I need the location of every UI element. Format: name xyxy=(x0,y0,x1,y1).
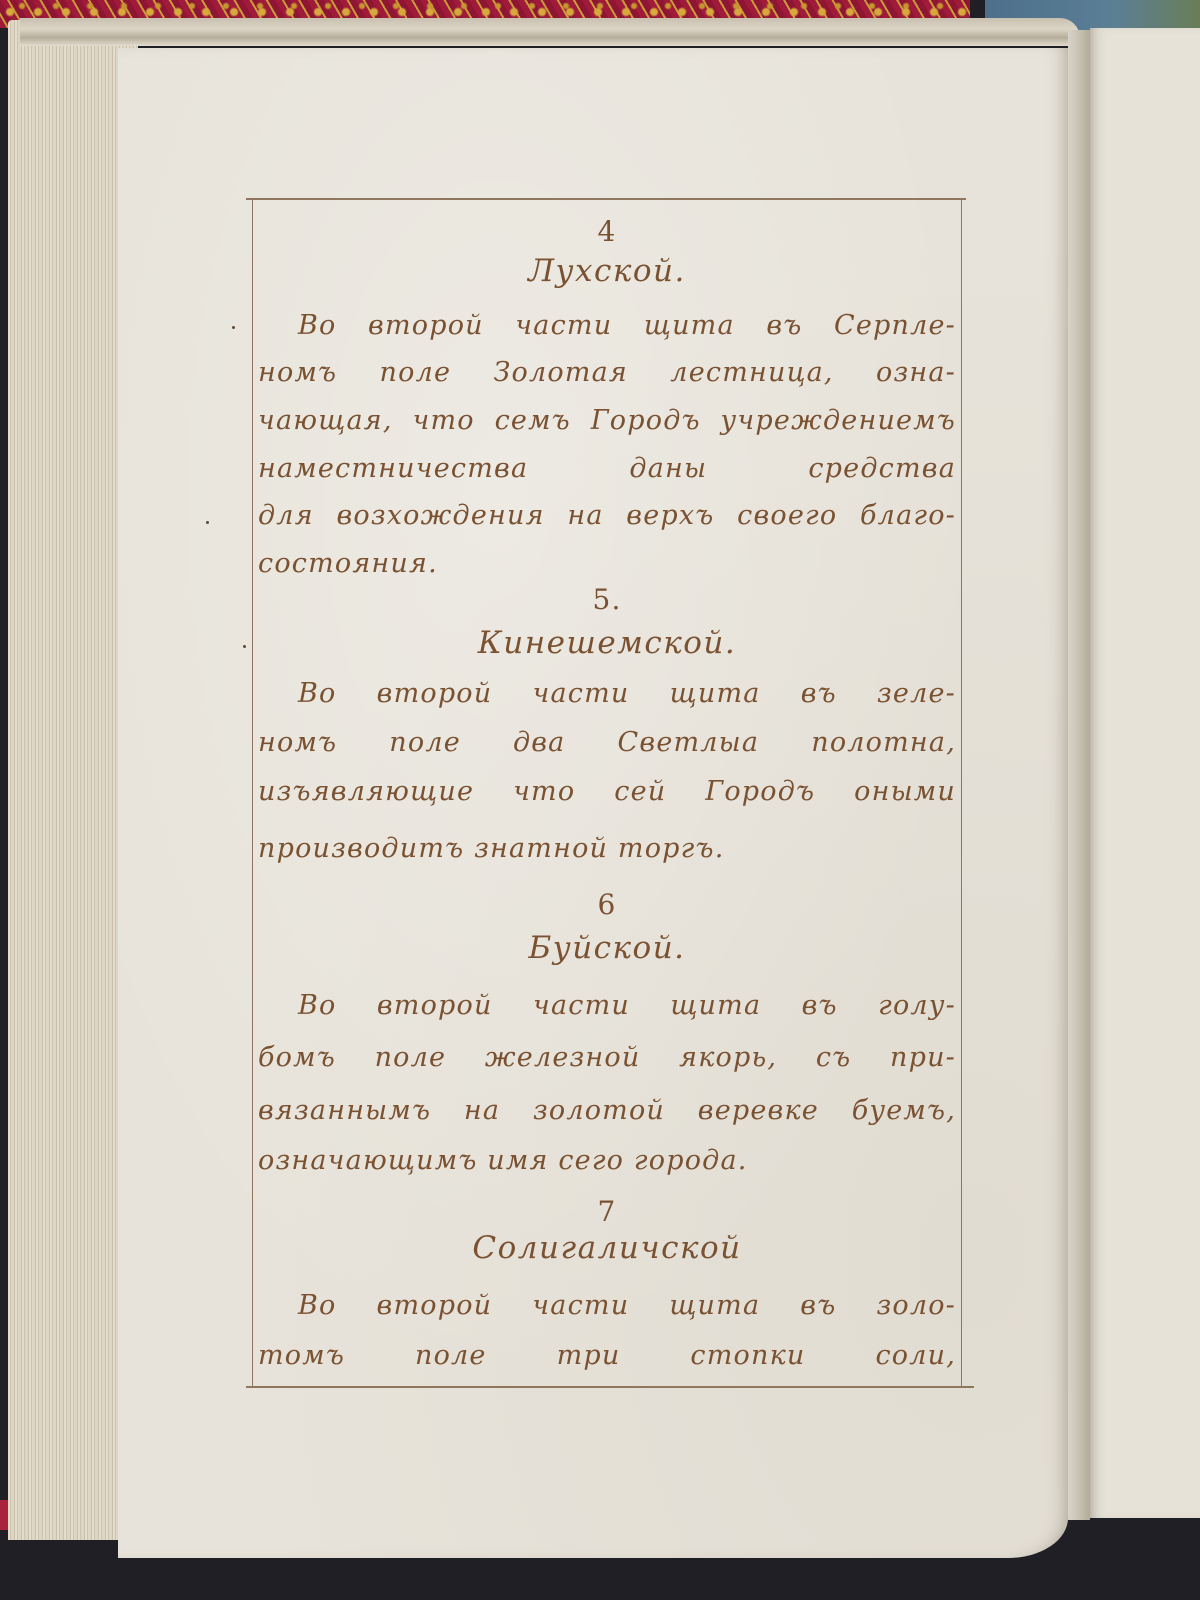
section-title: Солигаличской xyxy=(258,1230,956,1266)
text-line: изъявляющие что сей Городъ оными xyxy=(258,776,956,807)
text-line: томъ поле три стопки соли, xyxy=(258,1340,956,1371)
text-line: номъ поле Золотая лестница, озна- xyxy=(258,357,956,388)
section-title: Лухской. xyxy=(258,253,956,289)
section-title: Кинешемской. xyxy=(258,625,956,661)
section-number: 6 xyxy=(258,888,956,921)
frame-rule-bottom xyxy=(246,1386,974,1388)
facing-page xyxy=(1090,28,1200,1518)
text-line: номъ поле два Светлыа полотна, xyxy=(258,727,956,758)
text-line: означающимъ имя сего города. xyxy=(258,1145,956,1176)
text-line: Во второй части щита въ голу- xyxy=(258,990,956,1021)
section-number: 4 xyxy=(258,215,956,248)
section-number: 7 xyxy=(258,1195,956,1228)
manuscript-scene: 4 Лухской. Во второй части щита въ Серпл… xyxy=(0,0,1200,1600)
text-line: производитъ знатной торгъ. xyxy=(258,833,956,864)
margin-mark xyxy=(232,326,235,329)
section-title: Буйской. xyxy=(258,930,956,966)
frame-rule-top xyxy=(246,198,966,200)
text-line: состояния. xyxy=(258,548,956,579)
margin-mark xyxy=(243,645,246,648)
book-gutter xyxy=(1068,30,1090,1520)
page-stack-top-edges xyxy=(20,18,1080,46)
text-line: Во второй части щита въ золо- xyxy=(258,1290,956,1321)
text-line: Во второй части щита въ зеле- xyxy=(258,678,956,709)
text-line: вязаннымъ на золотой веревке буемъ, xyxy=(258,1095,956,1126)
text-line: для возхождения на верхъ своего благо- xyxy=(258,500,956,531)
text-line: бомъ поле железной якорь, съ при- xyxy=(258,1042,956,1073)
text-line: чающая, что семъ Городъ учреждениемъ xyxy=(258,405,956,436)
section-number: 5. xyxy=(258,583,956,616)
text-line: наместничества даны средства xyxy=(258,453,956,484)
margin-mark xyxy=(206,521,209,524)
text-line: Во второй части щита въ Серпле- xyxy=(258,310,956,341)
